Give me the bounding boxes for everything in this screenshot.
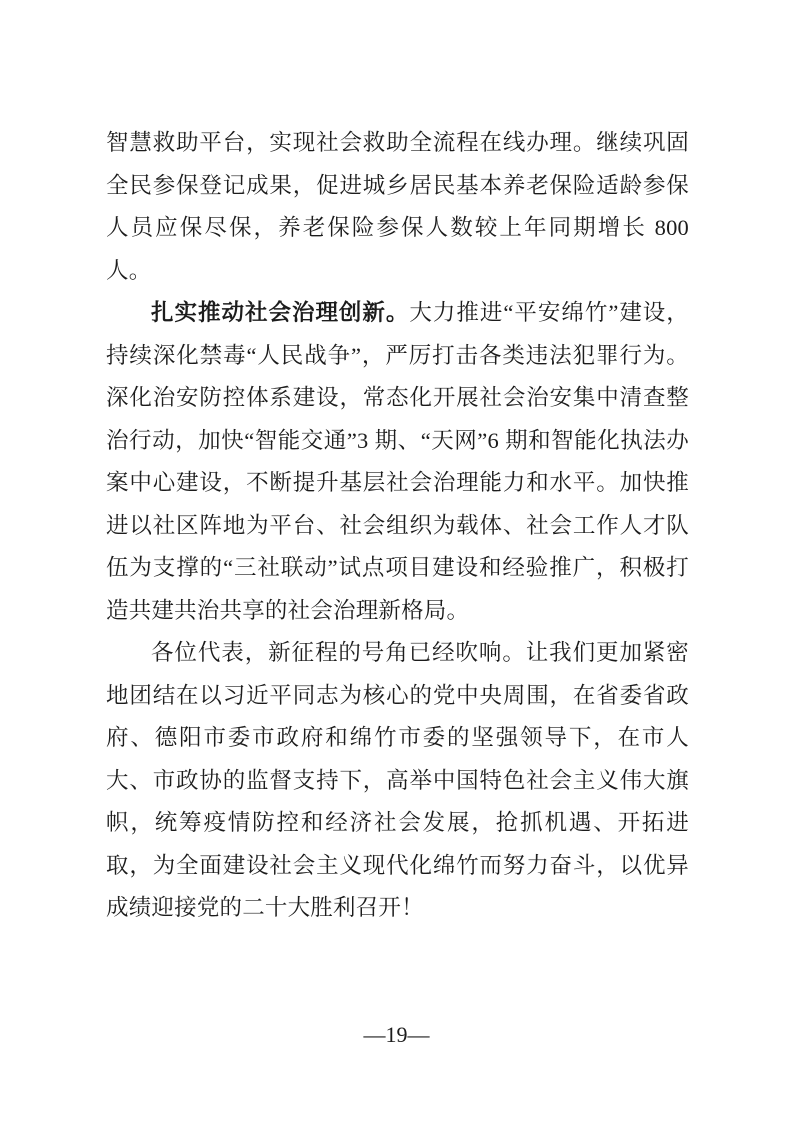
document-page: 智慧救助平台，实现社会救助全流程在线办理。继续巩固全民参保登记成果，促进城乡居民… xyxy=(0,0,793,1122)
page-footer: —19— xyxy=(0,1022,793,1048)
page-number: —19— xyxy=(364,1022,430,1047)
paragraph-closing: 各位代表，新征程的号角已经吹响。让我们更加紧密地团结在以习近平同志为核心的党中央… xyxy=(106,632,689,930)
document-body: 智慧救助平台，实现社会救助全流程在线办理。继续巩固全民参保登记成果，促进城乡居民… xyxy=(106,122,689,930)
paragraph-text: 各位代表，新征程的号角已经吹响。让我们更加紧密地团结在以习近平同志为核心的党中央… xyxy=(106,640,689,920)
paragraph-bold-lead: 扎实推动社会治理创新。 xyxy=(151,300,409,325)
paragraph-social-governance: 扎实推动社会治理创新。大力推进“平安绵竹”建设，持续深化禁毒“人民战争”，严厉打… xyxy=(106,292,689,632)
paragraph-text: 大力推进“平安绵竹”建设，持续深化禁毒“人民战争”，严厉打击各类违法犯罪行为。深… xyxy=(106,300,689,623)
paragraph-continuation: 智慧救助平台，实现社会救助全流程在线办理。继续巩固全民参保登记成果，促进城乡居民… xyxy=(106,122,689,292)
paragraph-text: 智慧救助平台，实现社会救助全流程在线办理。继续巩固全民参保登记成果，促进城乡居民… xyxy=(106,130,689,283)
